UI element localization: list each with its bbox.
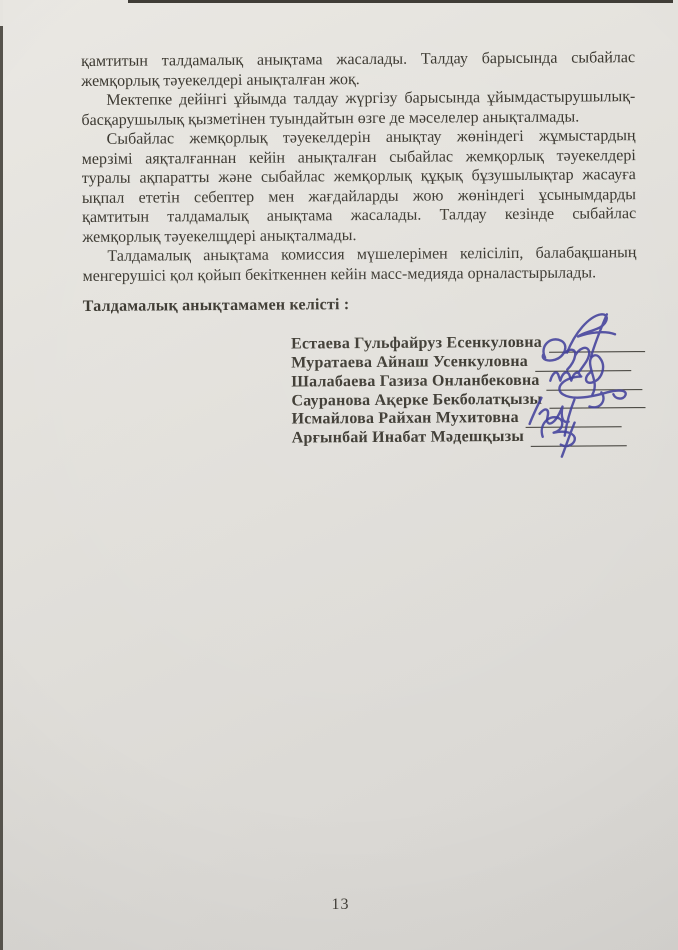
signer-name: Естаева Гульфайруз Есенкуловна [291,334,542,354]
signature-ink [527,402,627,459]
signer-name: Исмайлова Райхан Мухитовна [292,409,519,429]
signer-name: Сауранова Ақерке Бекболатқызы [291,390,542,410]
signature-block: Естаева Гульфайруз Есенкуловна Муратаева… [291,334,638,449]
signer-row: Арғынбай Инабат Мәдешқызы [292,427,638,448]
signer-name: Арғынбай Инабат Мәдешқызы [292,428,524,448]
signature-line [531,430,627,447]
signer-name: Муратаева Айнаш Усенкуловна [291,353,528,373]
text-line: қамтитын талдамалық анықтама жасалады. Т… [81,48,635,71]
body-text: қамтитын талдамалық анықтама жасалады. Т… [81,48,637,286]
page-number: 13 [3,896,678,914]
document-photo: қамтитын талдамалық анықтама жасалады. Т… [0,0,678,950]
paper-edge-top-shadow [128,0,673,3]
text-line: менгерушісі қол қойып бекіткеннен кейін … [82,263,636,286]
paper-sheet: қамтитын талдамалық анықтама жасалады. Т… [3,0,678,950]
page-content: қамтитын талдамалық анықтама жасалады. Т… [81,48,638,449]
text-line: қамтитын талдамалық анықтама жасалады. Т… [82,204,636,227]
signer-name: Шалабаева Газиза Онланбековна [291,372,539,392]
paper-edge-left-shadow [0,26,3,950]
